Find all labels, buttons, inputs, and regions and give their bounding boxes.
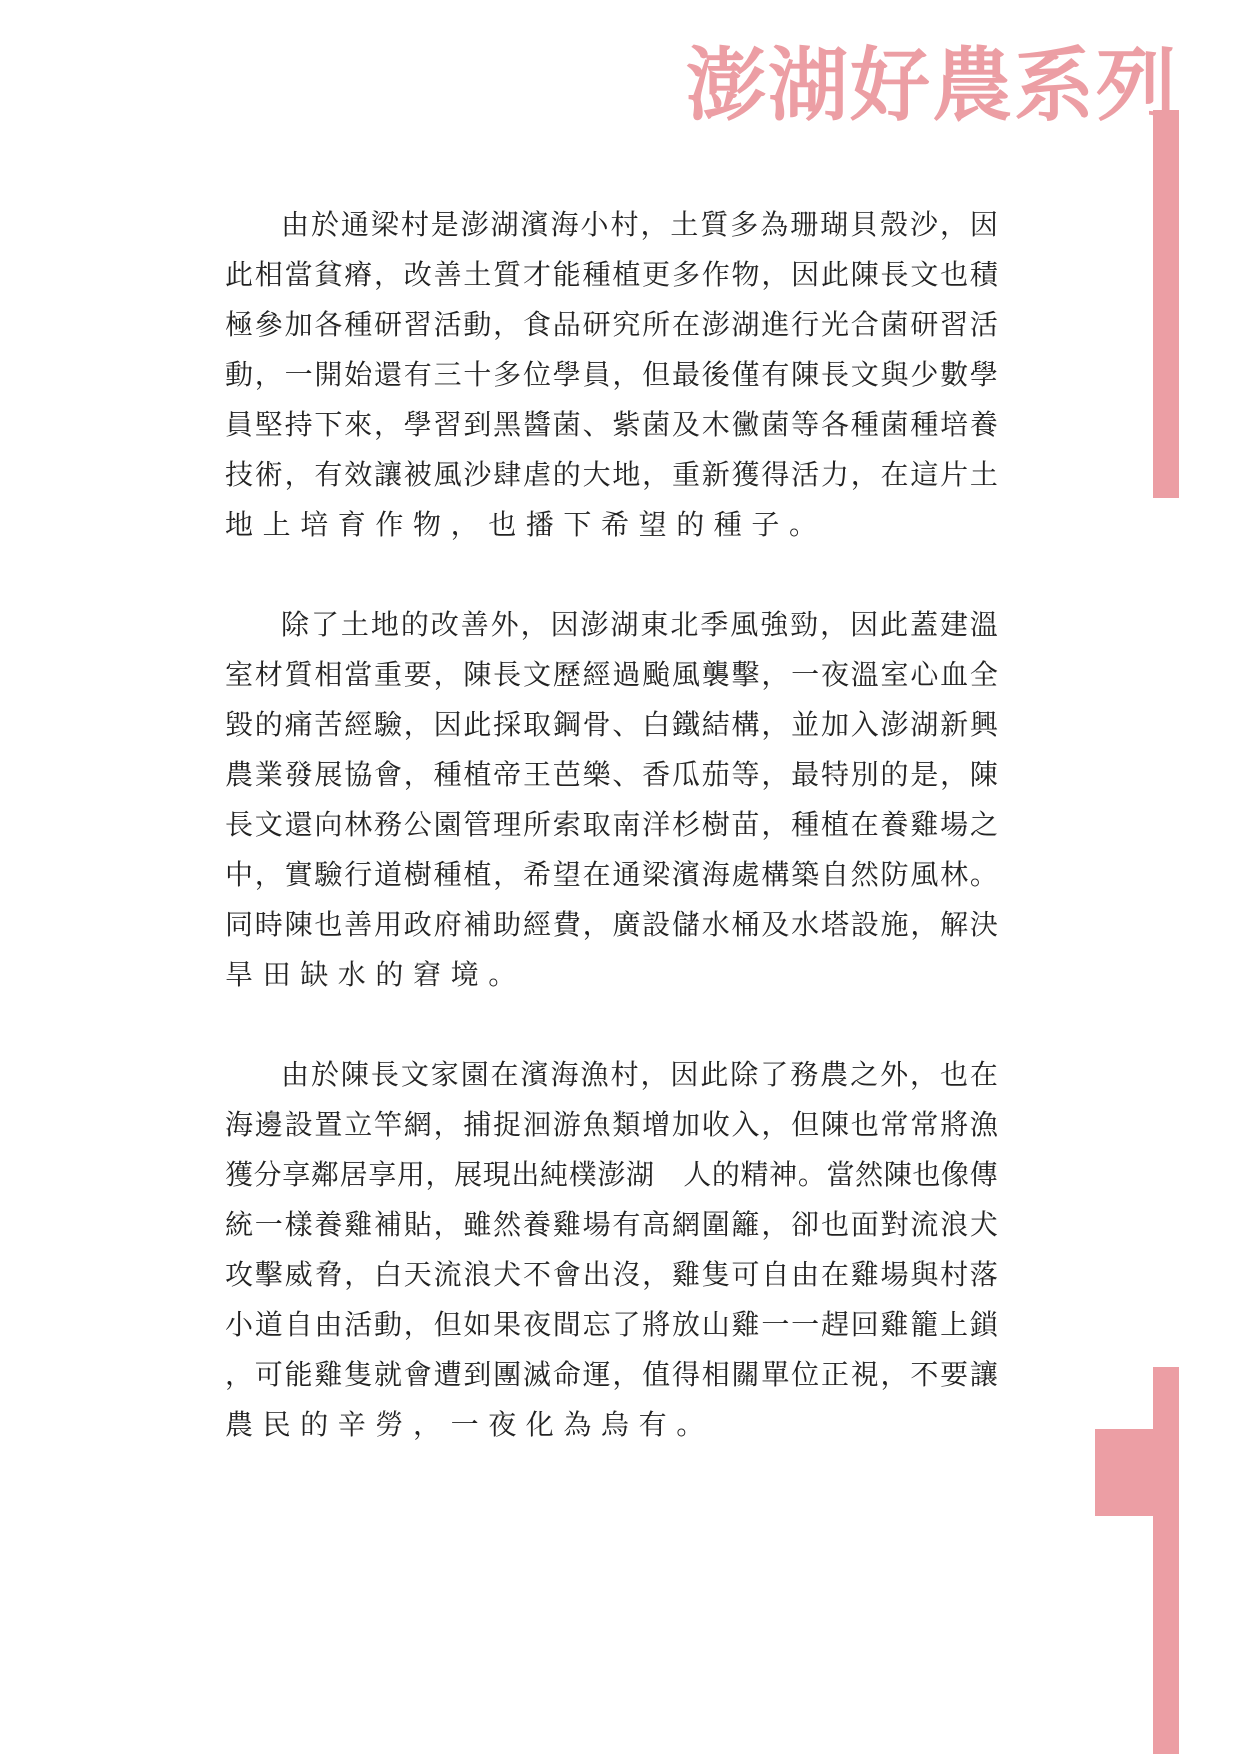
paragraph-2: 除了土地的改善外，因澎湖東北季風強勁，因此蓋建溫 室材質相當重要，陳長文歷經過颱… [225,600,1005,1000]
text-line: 旱田缺水的窘境。 [225,950,998,1000]
text-line: 此相當貧瘠，改善土質才能種植更多作物，因此陳長文也積 [225,250,998,300]
paragraph-3: 由於陳長文家園在濱海漁村，因此除了務農之外，也在 海邊設置立竿網，捕捉洄游魚類增… [225,1050,1005,1450]
text-line: 獲分享鄰居享用，展現出純樸澎湖 人的精神。當然陳也像傳 [225,1150,998,1200]
text-line: ，可能雞隻就會遭到團滅命運，值得相關單位正視，不要讓 [225,1350,998,1400]
text-line: 同時陳也善用政府補助經費，廣設儲水桶及水塔設施，解決 [225,900,998,950]
text-line: 小道自由活動，但如果夜間忘了將放山雞一一趕回雞籠上鎖 [225,1300,998,1350]
text-line: 動，一開始還有三十多位學員，但最後僅有陳長文與少數學 [225,350,998,400]
text-line: 室材質相當重要，陳長文歷經過颱風襲擊，一夜溫室心血全 [225,650,998,700]
text-line: 長文還向林務公園管理所索取南洋杉樹苗，種植在養雞場之 [225,800,998,850]
series-title: 澎湖好農系列 [686,36,1178,136]
text-line: 極參加各種研習活動，食品研究所在澎湖進行光合菌研習活 [225,300,998,350]
text-line: 農業發展協會，種植帝王芭樂、香瓜茄等，最特別的是，陳 [225,750,998,800]
decorative-bar-top [1153,110,1179,498]
text-line: 毀的痛苦經驗，因此採取鋼骨、白鐵結構，並加入澎湖新興 [225,700,998,750]
text-line: 員堅持下來，學習到黑醬菌、紫菌及木黴菌等各種菌種培養 [225,400,998,450]
text-line: 由於通梁村是澎湖濱海小村，土質多為珊瑚貝殼沙，因 [225,200,998,250]
text-line: 由於陳長文家園在濱海漁村，因此除了務農之外，也在 [225,1050,998,1100]
text-line: 技術，有效讓被風沙肆虐的大地，重新獲得活力，在這片土 [225,450,998,500]
article-body: 由於通梁村是澎湖濱海小村，土質多為珊瑚貝殼沙，因 此相當貧瘠，改善土質才能種植更… [225,200,1005,1500]
text-line: 除了土地的改善外，因澎湖東北季風強勁，因此蓋建溫 [225,600,998,650]
decorative-block-bottom [1095,1429,1153,1516]
text-line: 中，實驗行道樹種植，希望在通梁濱海處構築自然防風林。 [225,850,998,900]
text-line: 地上培育作物，也播下希望的種子。 [225,500,998,550]
paragraph-1: 由於通梁村是澎湖濱海小村，土質多為珊瑚貝殼沙，因 此相當貧瘠，改善土質才能種植更… [225,200,1005,550]
text-line: 農民的辛勞，一夜化為烏有。 [225,1400,998,1450]
text-line: 海邊設置立竿網，捕捉洄游魚類增加收入，但陳也常常將漁 [225,1100,998,1150]
decorative-bar-bottom [1153,1367,1179,1754]
text-line: 攻擊威脅，白天流浪犬不會出沒，雞隻可自由在雞場與村落 [225,1250,998,1300]
text-line: 統一樣養雞補貼，雖然養雞場有高網圍籬，卻也面對流浪犬 [225,1200,998,1250]
